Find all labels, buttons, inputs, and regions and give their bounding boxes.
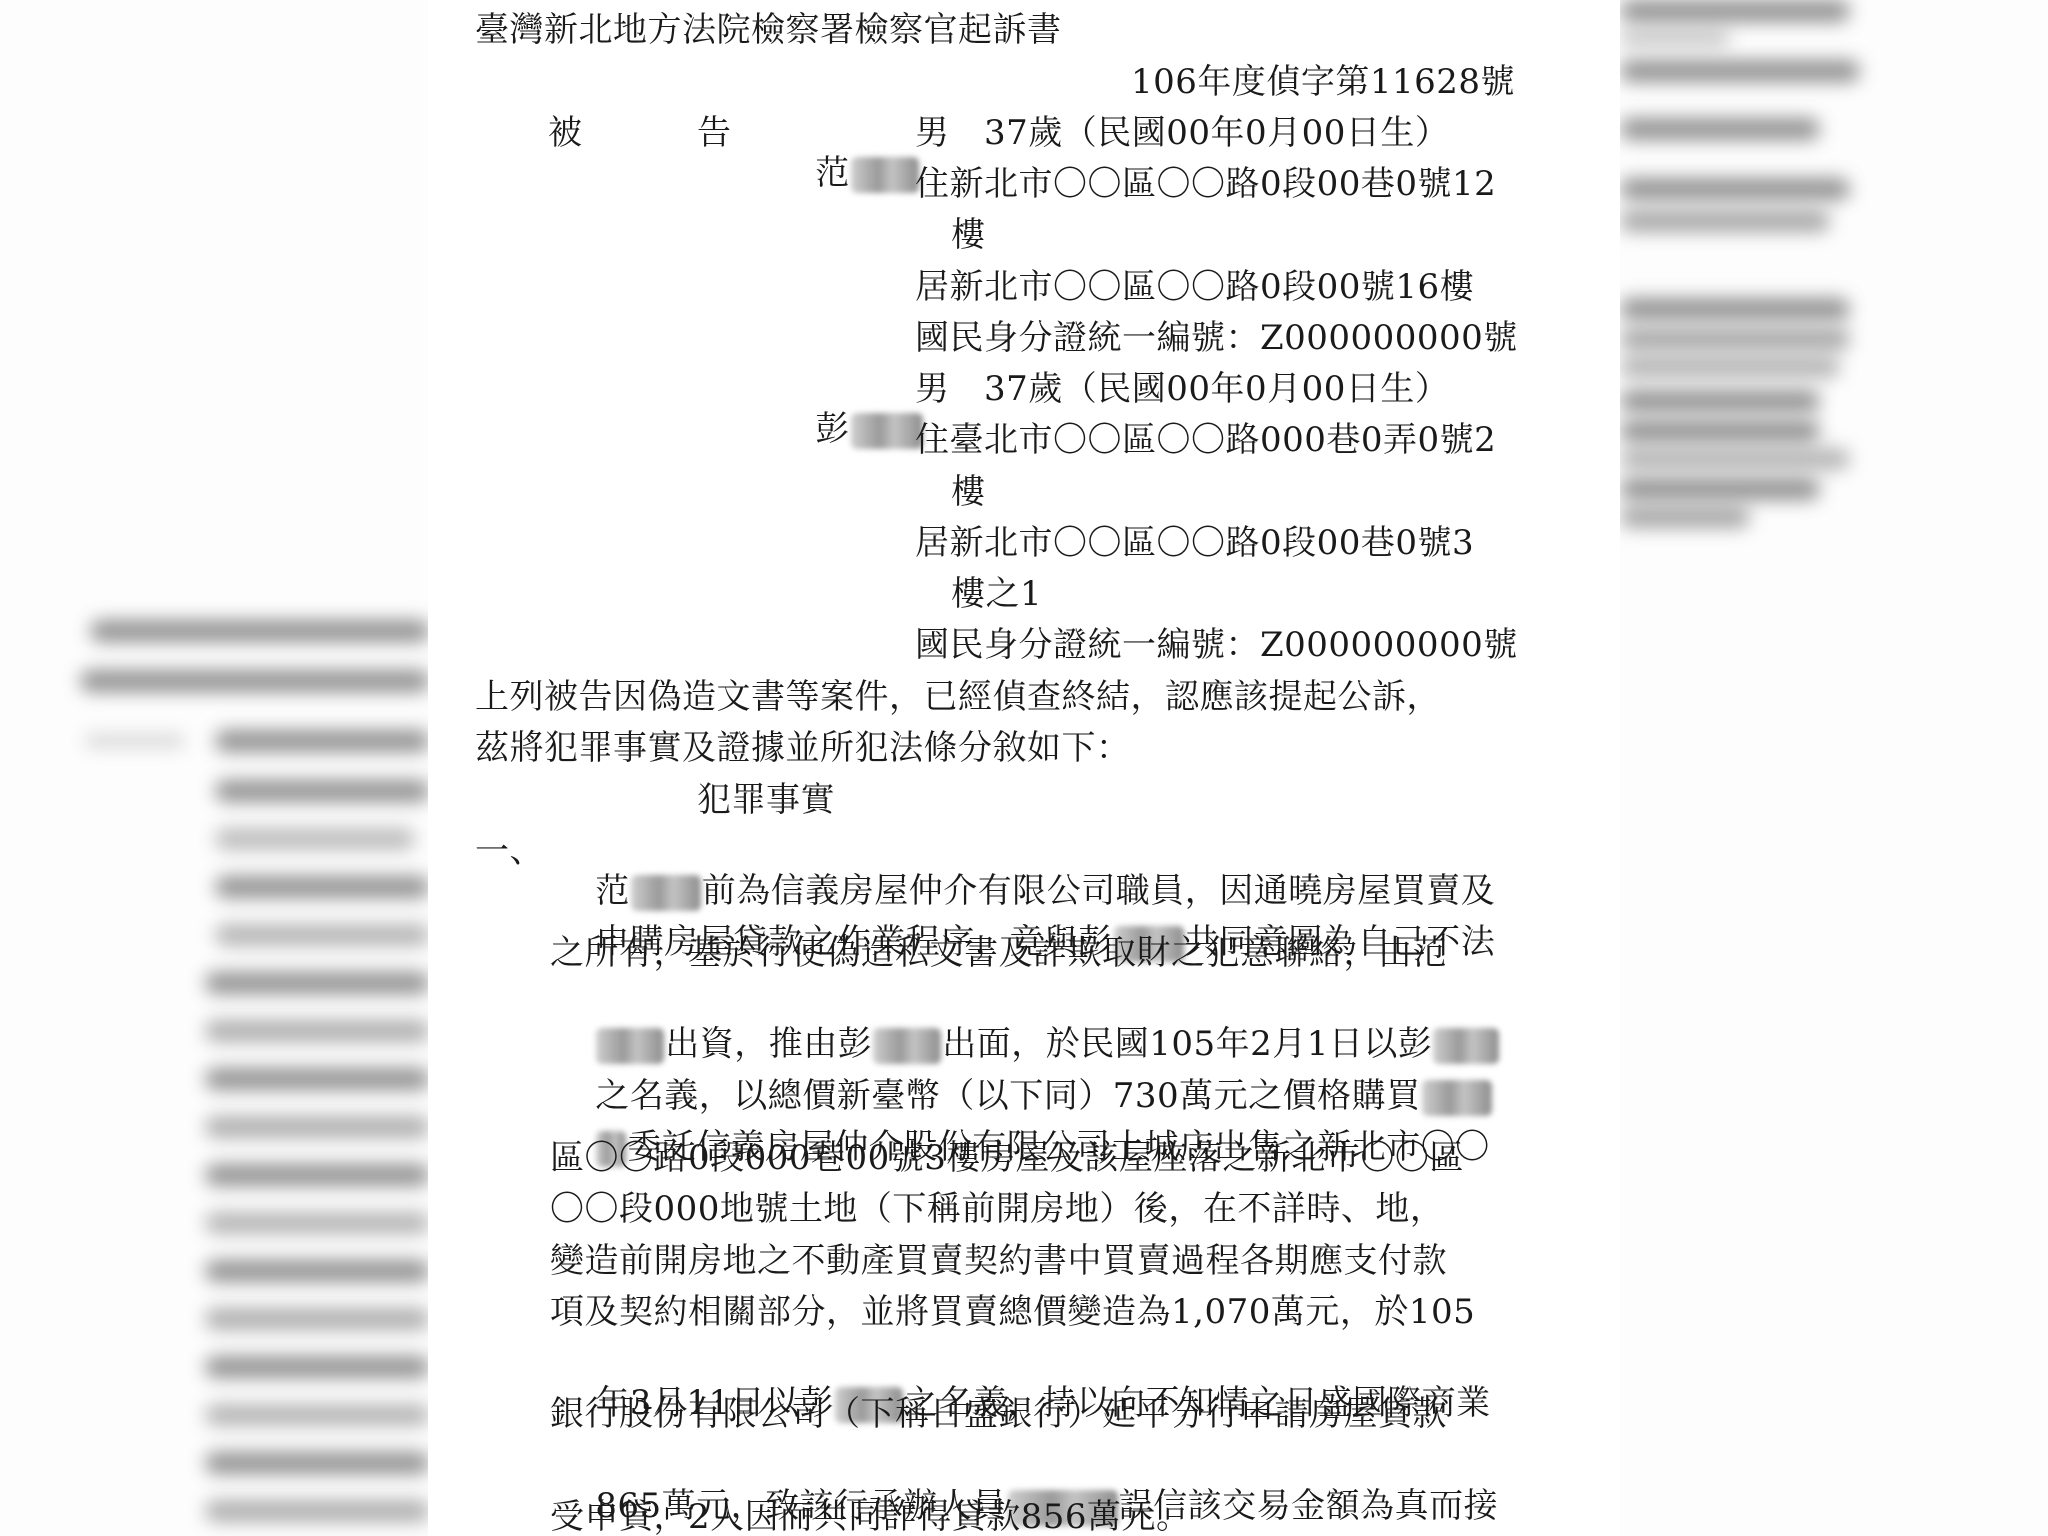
document-title: 臺灣新北地方法院檢察署檢察官起訴書 [475, 10, 1062, 50]
case-number: 106年度偵字第11628號 [1131, 62, 1515, 102]
defendant-1-residence-wrap: 樓 [951, 215, 986, 255]
defendant-1-residence: 住新北市〇〇區〇〇路0段00巷0號12 [915, 164, 1496, 204]
body-line-11: 年3月11日以彭之名義，持以向不知情之日盛國際商業 [550, 1343, 1491, 1383]
defendant-2-surname: 彭 [815, 409, 850, 449]
body-line-14: 受申貸，2人因而共同詐得貸款856萬元。 [550, 1497, 1191, 1536]
document-page: 臺灣新北地方法院檢察署檢察官起訴書 106年度偵字第11628號 被 告 范 男… [428, 0, 1620, 1536]
body-line-6: 委託信義房屋仲介股份有限公司土城店出售之新北市〇〇 [550, 1087, 1490, 1127]
item-marker: 一、 [475, 831, 544, 871]
redacted-name [851, 157, 919, 193]
body-line-4: 出資，推由彭出面，於民國105年2月1日以彭 [550, 984, 1500, 1024]
defendant-2-id: 國民身分證統一編號：Z000000000號 [915, 625, 1518, 665]
body-line-7: 區〇〇路0段000巷00號3樓房屋及該屋座落之新北市〇〇區 [550, 1138, 1464, 1178]
defendant-label-char-1: 被 [548, 113, 583, 153]
body-line-8: 〇〇段000地號土地（下稱前開房地）後，在不詳時、地， [550, 1189, 1444, 1229]
body-line-12: 銀行股份有限公司（下稱日盛銀行）延平分行申請房屋貸款 [550, 1394, 1447, 1434]
defendant-1-dwelling: 居新北市〇〇區〇〇路0段00號16樓 [915, 267, 1474, 307]
defendant-2-name: 彭 [770, 369, 924, 409]
defendant-2-residence: 住臺北市〇〇區〇〇路000巷0弄0號2 [915, 420, 1496, 460]
defendant-label-char-2: 告 [697, 113, 732, 153]
intro-line-1: 上列被告因偽造文書等案件，已經偵查終結，認應該提起公訴， [475, 677, 1441, 717]
defendant-2-dwelling: 居新北市〇〇區〇〇路0段00巷0號3 [915, 523, 1474, 563]
defendant-1-surname: 范 [815, 153, 850, 193]
body-line-10: 項及契約相關部分，並將買賣總價變造為1,070萬元，於105 [550, 1292, 1475, 1332]
defendant-1-info: 男 37歲（民國00年0月00日生） [915, 113, 1449, 153]
body-line-1: 范前為信義房屋仲介有限公司職員，因通曉房屋買賣及 [550, 831, 1495, 871]
body-line-5: 之名義，以總價新臺幣（以下同）730萬元之價格購買 [550, 1036, 1493, 1076]
blurred-background-right [1620, 0, 2048, 1536]
section-heading: 犯罪事實 [697, 780, 835, 820]
body-line-13: 865萬元，致該行承辦人員誤信該交易金額為真而接 [550, 1446, 1498, 1486]
blurred-background-left [0, 0, 428, 1536]
redacted-name [851, 413, 923, 449]
defendant-2-residence-wrap: 樓 [951, 472, 986, 512]
defendant-1-name: 范 [770, 113, 920, 153]
body-line-9: 變造前開房地之不動產買賣契約書中買賣過程各期應支付款 [550, 1241, 1447, 1281]
body-line-2: 申購房屋貸款之作業程序，竟與彭共同意圖為自己不法 [550, 882, 1495, 922]
intro-line-2: 茲將犯罪事實及證據並所犯法條分敘如下： [475, 728, 1131, 768]
defendant-1-id: 國民身分證統一編號：Z000000000號 [915, 318, 1518, 358]
defendant-2-info: 男 37歲（民國00年0月00日生） [915, 369, 1449, 409]
body-line-3: 之所有，基於行使偽造私文書及詐欺取財之犯意聯絡，由范 [550, 933, 1447, 973]
defendant-2-dwelling-wrap: 樓之1 [951, 574, 1042, 614]
